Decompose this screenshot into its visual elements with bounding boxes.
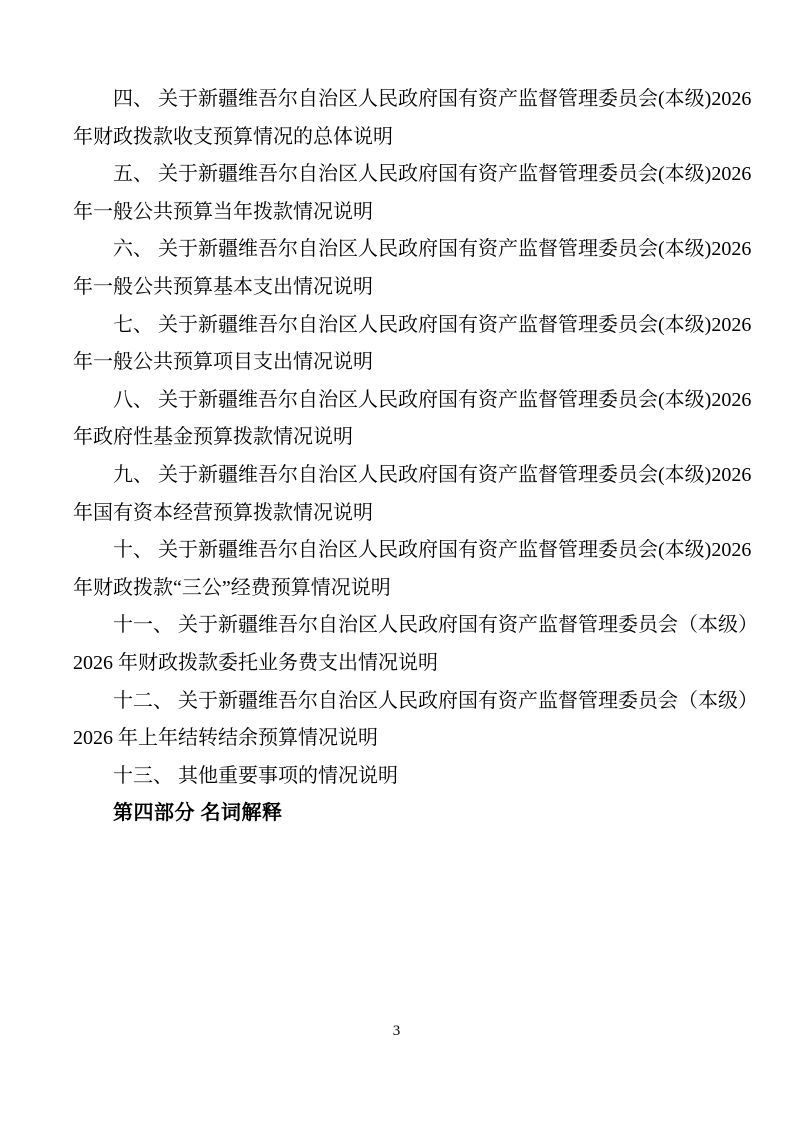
toc-item: 九、 关于新疆维吾尔自治区人民政府国有资产监督管理委员会(本级)2026年国有资… (73, 457, 718, 532)
toc-item: 十、 关于新疆维吾尔自治区人民政府国有资产监督管理委员会(本级)2026年财政拨… (73, 532, 718, 607)
toc-line: 十二、 关于新疆维吾尔自治区人民政府国有资产监督管理委员会（本级） (73, 683, 718, 721)
toc-line: 年一般公共预算项目支出情况说明 (73, 344, 718, 382)
toc-line: 九、 关于新疆维吾尔自治区人民政府国有资产监督管理委员会(本级)2026 (73, 457, 718, 495)
toc-content: 四、 关于新疆维吾尔自治区人民政府国有资产监督管理委员会(本级)2026年财政拨… (73, 81, 718, 833)
toc-item: 七、 关于新疆维吾尔自治区人民政府国有资产监督管理委员会(本级)2026年一般公… (73, 307, 718, 382)
toc-list: 四、 关于新疆维吾尔自治区人民政府国有资产监督管理委员会(本级)2026年财政拨… (73, 81, 718, 795)
toc-line: 年财政拨款收支预算情况的总体说明 (73, 119, 718, 157)
document-page: 四、 关于新疆维吾尔自治区人民政府国有资产监督管理委员会(本级)2026年财政拨… (0, 0, 793, 1122)
section-heading: 第四部分 名词解释 (73, 795, 718, 833)
toc-item: 十二、 关于新疆维吾尔自治区人民政府国有资产监督管理委员会（本级）2026 年上… (73, 683, 718, 758)
page-number: 3 (0, 1020, 793, 1042)
toc-line: 年一般公共预算基本支出情况说明 (73, 269, 718, 307)
toc-line: 八、 关于新疆维吾尔自治区人民政府国有资产监督管理委员会(本级)2026 (73, 382, 718, 420)
toc-line: 2026 年财政拨款委托业务费支出情况说明 (73, 645, 718, 683)
toc-item: 四、 关于新疆维吾尔自治区人民政府国有资产监督管理委员会(本级)2026年财政拨… (73, 81, 718, 156)
toc-line: 年一般公共预算当年拨款情况说明 (73, 194, 718, 232)
toc-item: 十一、 关于新疆维吾尔自治区人民政府国有资产监督管理委员会（本级）2026 年财… (73, 607, 718, 682)
toc-line: 年政府性基金预算拨款情况说明 (73, 419, 718, 457)
toc-line: 十一、 关于新疆维吾尔自治区人民政府国有资产监督管理委员会（本级） (73, 607, 718, 645)
toc-item: 五、 关于新疆维吾尔自治区人民政府国有资产监督管理委员会(本级)2026年一般公… (73, 156, 718, 231)
toc-line: 四、 关于新疆维吾尔自治区人民政府国有资产监督管理委员会(本级)2026 (73, 81, 718, 119)
toc-line: 七、 关于新疆维吾尔自治区人民政府国有资产监督管理委员会(本级)2026 (73, 307, 718, 345)
toc-item: 八、 关于新疆维吾尔自治区人民政府国有资产监督管理委员会(本级)2026年政府性… (73, 382, 718, 457)
toc-line: 五、 关于新疆维吾尔自治区人民政府国有资产监督管理委员会(本级)2026 (73, 156, 718, 194)
toc-line: 六、 关于新疆维吾尔自治区人民政府国有资产监督管理委员会(本级)2026 (73, 231, 718, 269)
toc-line: 年国有资本经营预算拨款情况说明 (73, 495, 718, 533)
toc-line: 十三、 其他重要事项的情况说明 (73, 758, 718, 796)
toc-line: 十、 关于新疆维吾尔自治区人民政府国有资产监督管理委员会(本级)2026 (73, 532, 718, 570)
toc-item: 六、 关于新疆维吾尔自治区人民政府国有资产监督管理委员会(本级)2026年一般公… (73, 231, 718, 306)
toc-line: 2026 年上年结转结余预算情况说明 (73, 720, 718, 758)
toc-line: 年财政拨款“三公”经费预算情况说明 (73, 570, 718, 608)
toc-item: 十三、 其他重要事项的情况说明 (73, 758, 718, 796)
